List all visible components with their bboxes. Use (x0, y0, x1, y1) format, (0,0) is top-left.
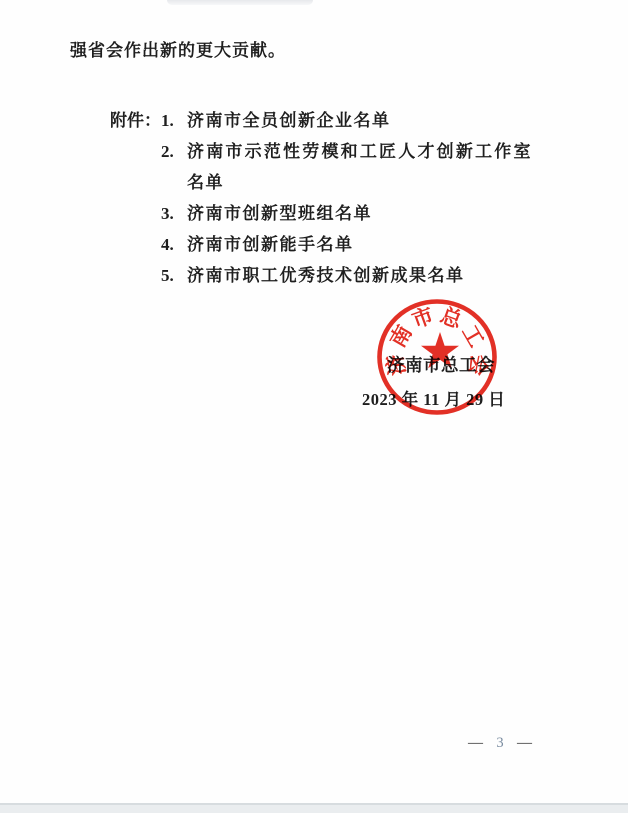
scan-artifact-bottom-edge (0, 803, 628, 813)
list-item: 1. 济南市全员创新企业名单 (161, 105, 532, 136)
list-item: 5. 济南市职工优秀技术创新成果名单 (161, 260, 532, 291)
item-text: 济南市创新能手名单 (187, 229, 532, 260)
list-item: 4. 济南市创新能手名单 (161, 229, 532, 260)
page-number-dash-left: — (468, 734, 483, 752)
list-item: 2. 济南市示范性劳模和工匠人才创新工作室名单 (161, 136, 532, 198)
list-item: 3. 济南市创新型班组名单 (161, 198, 532, 229)
page-number-dash-right: — (517, 734, 532, 752)
item-number: 3. (161, 198, 187, 229)
item-number: 1. (161, 105, 187, 136)
page-number: — 3 — (468, 734, 532, 752)
seal-char: 市 (409, 303, 437, 333)
paragraph-closing-line: 强省会作出新的更大贡献。 (70, 40, 286, 62)
seal-char: 总 (437, 303, 466, 333)
item-text: 济南市示范性劳模和工匠人才创新工作室名单 (187, 136, 532, 198)
item-number: 2. (161, 136, 187, 167)
seal-char: 南 (385, 321, 416, 351)
attachment-label: 附件： (110, 105, 161, 136)
scan-artifact-top (167, 0, 313, 5)
scanned-document-page: 强省会作出新的更大贡献。 附件： 1. 济南市全员创新企业名单 2. 济南市示范… (0, 0, 628, 813)
page-number-value: 3 (496, 734, 503, 752)
attachment-items: 1. 济南市全员创新企业名单 2. 济南市示范性劳模和工匠人才创新工作室名单 3… (161, 105, 532, 291)
item-number: 5. (161, 260, 187, 291)
seal-char: 工 (457, 321, 488, 351)
signature-organization: 济南市总工会 (387, 352, 495, 377)
item-number: 4. (161, 229, 187, 260)
item-text: 济南市全员创新企业名单 (187, 105, 532, 136)
signature-date: 2023 年 11 月 29 日 (362, 386, 505, 410)
attachment-list: 附件： 1. 济南市全员创新企业名单 2. 济南市示范性劳模和工匠人才创新工作室… (110, 105, 532, 291)
item-text: 济南市创新型班组名单 (187, 198, 532, 229)
item-text: 济南市职工优秀技术创新成果名单 (187, 260, 532, 291)
